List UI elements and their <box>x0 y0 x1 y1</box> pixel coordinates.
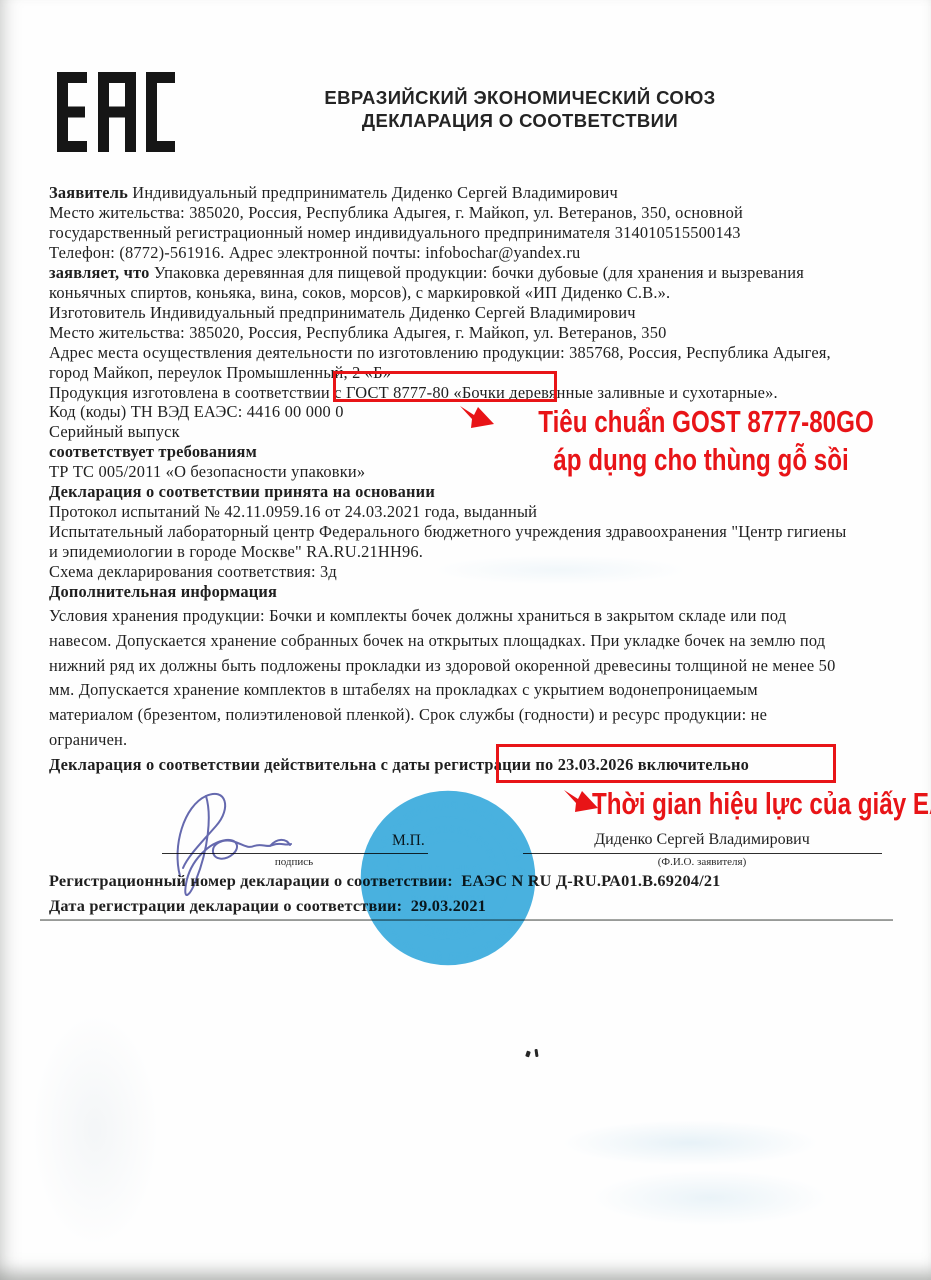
document-line: Схема декларирования соответствия: 3д <box>49 562 894 582</box>
applicant-caption: (Ф.И.О. заявителя) <box>658 856 747 868</box>
document-line: Телефон: (8772)-561916. Адрес электронно… <box>49 243 894 263</box>
document-line: Заявитель Индивидуальный предприниматель… <box>49 183 894 203</box>
document-line: Дополнительная информация <box>49 582 894 602</box>
document-title: ДЕКЛАРАЦИЯ О СООТВЕТСТВИИ <box>324 109 715 132</box>
document-line: мм. Допускается хранение комплектов в шт… <box>49 678 894 703</box>
applicant-name: Диденко Сергей Владимирович <box>594 831 810 849</box>
annotation-gost-note-line2: áp dụng cho thùng gỗ sồi <box>553 444 848 475</box>
stamp-center-patronymic: ВЛАДИМИРОВИЧ <box>411 893 486 903</box>
bleedthrough-smudge <box>590 1170 830 1226</box>
document-line: навесом. Допускается хранение собранных … <box>49 629 894 654</box>
annotation-arrow-icon <box>458 402 498 434</box>
eac-logo-icon <box>57 72 175 152</box>
document-line: Место жительства: 385020, Россия, Респуб… <box>49 203 894 223</box>
declaration-document: ЕВРАЗИЙСКИЙ ЭКОНОМИЧЕСКИЙ СОЮЗ ДЕКЛАРАЦИ… <box>0 0 931 1280</box>
stamp-center-name: ДИДЕНКО <box>413 862 483 877</box>
annotation-gost-note-line1: Tiêu chuẩn GOST 8777-80GO <box>538 406 873 437</box>
bleedthrough-smudge <box>560 1120 820 1166</box>
union-title: ЕВРАЗИЙСКИЙ ЭКОНОМИЧЕСКИЙ СОЮЗ <box>324 86 715 109</box>
stamp-separator-icon: ◆ <box>394 875 401 884</box>
document-line: заявляет, что Упаковка деревянная для пи… <box>49 263 894 283</box>
document-line: и эпидемиологии в городе Москве" RA.RU.2… <box>49 542 894 562</box>
ink-speck <box>525 1051 531 1058</box>
annotation-validity-note: Thời gian hiệu lực của giấy EAC <box>592 788 931 819</box>
document-line: нижний ряд их должны быть подложены прок… <box>49 654 894 679</box>
storage-conditions-text: Условия хранения продукции: Бочки и комп… <box>49 604 894 753</box>
document-line: коньячных спиртов, коньяка, вина, соков,… <box>49 283 894 303</box>
stamp-center-firstname: СЕРГЕЙ <box>427 878 469 891</box>
document-line: материалом (брезентом, полиэтиленовой пл… <box>49 703 894 728</box>
document-line: Условия хранения продукции: Бочки и комп… <box>49 604 894 629</box>
bleedthrough-smudge <box>30 1010 160 1250</box>
document-line: Адрес места осуществления деятельности п… <box>49 343 894 363</box>
highlight-box-validity-date <box>496 744 836 783</box>
round-stamp: РОССИЙСКАЯ ФЕДЕРАЦИЯ РЕСПУБЛИКА АДЫГЕЯ И… <box>355 785 541 971</box>
applicant-name-line <box>523 853 882 854</box>
document-header: ЕВРАЗИЙСКИЙ ЭКОНОМИЧЕСКИЙ СОЮЗ ДЕКЛАРАЦИ… <box>324 86 715 132</box>
document-line: Протокол испытаний № 42.11.0959.16 от 24… <box>49 502 894 522</box>
document-line: Декларация о соответствии принята на осн… <box>49 482 894 502</box>
document-line: Изготовитель Индивидуальный предпринимат… <box>49 303 894 323</box>
ink-speck <box>534 1049 538 1057</box>
stamp-separator-icon: ◆ <box>496 875 503 884</box>
highlight-box-gost <box>333 371 557 402</box>
document-line: Место жительства: 385020, Россия, Респуб… <box>49 323 894 343</box>
document-line: государственный регистрационный номер ин… <box>49 223 894 243</box>
document-line: Испытательный лабораторный центр Федерал… <box>49 522 894 542</box>
